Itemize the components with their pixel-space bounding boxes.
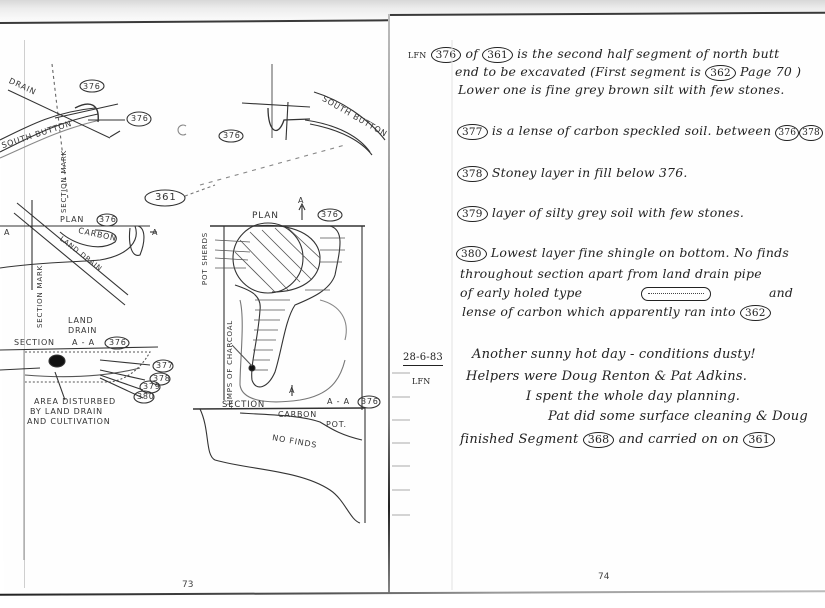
- margin-ticks: [0, 0, 825, 608]
- page-number-right: 74: [598, 572, 609, 582]
